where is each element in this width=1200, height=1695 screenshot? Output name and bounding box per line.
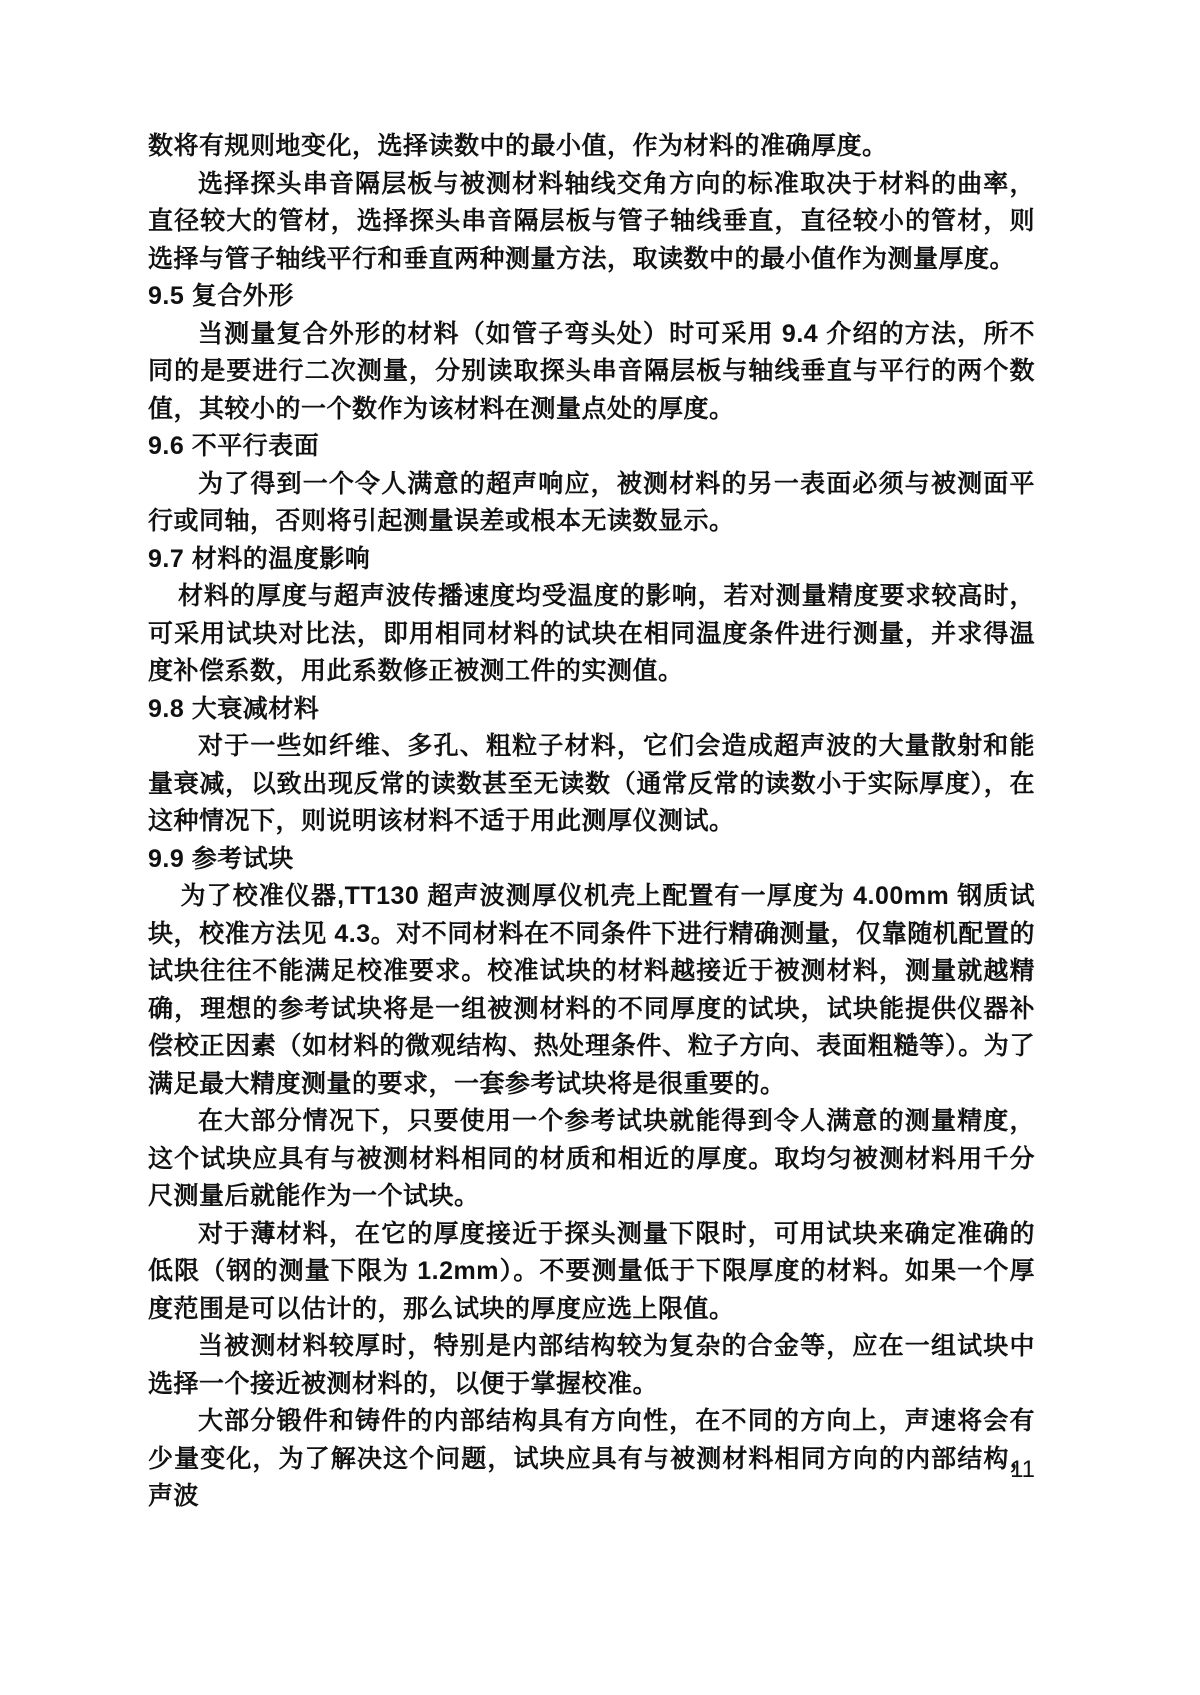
document-page: 数将有规则地变化，选择读数中的最小值，作为材料的准确厚度。 选择探头串音隔层板与…: [0, 0, 1200, 1695]
paragraph: 数将有规则地变化，选择读数中的最小值，作为材料的准确厚度。: [148, 128, 1035, 166]
section-heading: 9.5 复合外形: [148, 278, 1035, 316]
section-heading: 9.8 大衰减材料: [148, 691, 1035, 729]
paragraph: 材料的厚度与超声波传播速度均受温度的影响，若对测量精度要求较高时，可采用试块对比…: [148, 578, 1035, 691]
paragraph: 在大部分情况下，只要使用一个参考试块就能得到令人满意的测量精度，这个试块应具有与…: [148, 1103, 1035, 1216]
page-number: 11: [148, 1455, 1035, 1485]
section-heading: 9.7 材料的温度影响: [148, 541, 1035, 579]
paragraph: 选择探头串音隔层板与被测材料轴线交角方向的标准取决于材料的曲率，直径较大的管材，…: [148, 166, 1035, 279]
section-heading: 9.9 参考试块: [148, 841, 1035, 879]
paragraph: 对于一些如纤维、多孔、粗粒子材料，它们会造成超声波的大量散射和能量衰减，以致出现…: [148, 728, 1035, 841]
section-heading: 9.6 不平行表面: [148, 428, 1035, 466]
paragraph: 当测量复合外形的材料（如管子弯头处）时可采用 9.4 介绍的方法，所不同的是要进…: [148, 316, 1035, 429]
paragraph: 当被测材料较厚时，特别是内部结构较为复杂的合金等，应在一组试块中选择一个接近被测…: [148, 1328, 1035, 1403]
paragraph: 为了得到一个令人满意的超声响应，被测材料的另一表面必须与被测面平行或同轴，否则将…: [148, 466, 1035, 541]
paragraph: 对于薄材料，在它的厚度接近于探头测量下限时，可用试块来确定准确的低限（钢的测量下…: [148, 1216, 1035, 1329]
paragraph: 为了校准仪器,TT130 超声波测厚仪机壳上配置有一厚度为 4.00mm 钢质试…: [148, 878, 1035, 1103]
document-body: 数将有规则地变化，选择读数中的最小值，作为材料的准确厚度。 选择探头串音隔层板与…: [148, 128, 1035, 1516]
